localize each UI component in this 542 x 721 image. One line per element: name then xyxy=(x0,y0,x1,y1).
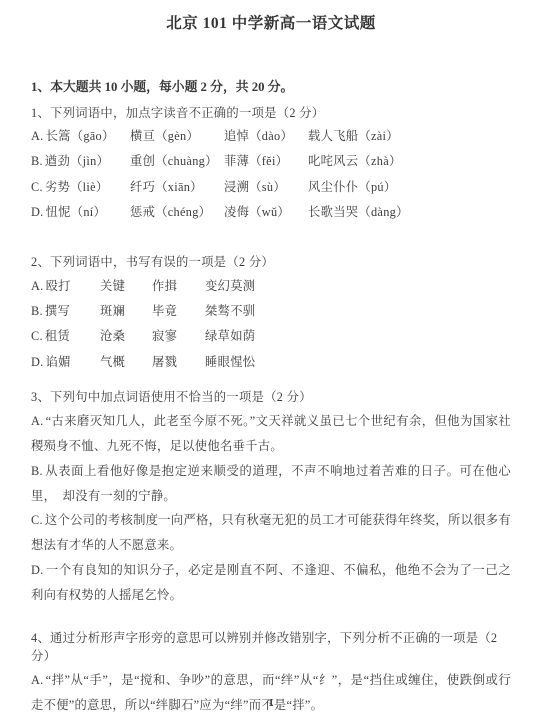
option-word: 沧桑 xyxy=(100,324,152,349)
exam-page: 北京 101 中学新高一语文试题 1、本大题共 10 小题，每小题 2 分，共 … xyxy=(0,0,542,721)
option-label: A. xyxy=(31,673,44,687)
option-cell: C.劣势（liè） xyxy=(31,175,130,200)
option-row-2b: B.撰写 斑斓 毕竟 桀骜不驯 xyxy=(31,299,511,324)
option-cell: D.忸怩（ní） xyxy=(31,200,130,225)
option-label: B. xyxy=(31,154,43,168)
option-paragraph-3c: C.这个公司的考核制度一向严格，只有秋毫无犯的员工才可能获得年终奖，所以很多有想… xyxy=(31,508,511,558)
option-label: B. xyxy=(31,464,43,478)
option-word: 忸怩（ní） xyxy=(46,205,107,219)
option-row-1b: B.遒劲（jìn） 重创（chuàng） 菲薄（fěi） 叱咤风云（zhà） xyxy=(31,149,511,174)
option-word: 劣势（liè） xyxy=(45,180,109,194)
option-row-1c: C.劣势（liè） 纤巧（xiān） 浸溯（sù） 风尘仆仆（pú） xyxy=(31,175,511,200)
option-word: 作揖 xyxy=(152,274,205,299)
option-label: D. xyxy=(31,355,44,369)
option-label: C. xyxy=(31,329,43,343)
option-word: 浸溯（sù） xyxy=(224,175,308,200)
option-word: 菲薄（fěi） xyxy=(224,149,308,174)
option-word: 长篙（gāo） xyxy=(46,129,115,143)
page-number: 1 xyxy=(0,697,542,709)
option-word: 谄媚 xyxy=(46,355,71,369)
option-cell: D.谄媚 xyxy=(31,350,100,375)
option-word: 绿草如荫 xyxy=(205,324,511,349)
section-header: 1、本大题共 10 小题，每小题 2 分，共 20 分。 xyxy=(31,78,511,96)
option-cell: A.长篙（gāo） xyxy=(31,124,130,149)
option-word: 变幻莫测 xyxy=(205,274,511,299)
option-text: 一个有良知的知识分子，必定是刚直不阿、不逢迎、不偏私，他绝不会为了一己之利向有权… xyxy=(31,563,511,602)
option-text: 这个公司的考核制度一向严格，只有秋毫无犯的员工才可能获得年终奖，所以很多有想法有… xyxy=(31,513,511,552)
option-row-1a: A.长篙（gāo） 横亘（gèn） 追悼（dào） 载人飞船（zài） xyxy=(31,124,511,149)
option-cell: B.撰写 xyxy=(31,299,100,324)
option-label: D. xyxy=(31,205,44,219)
option-word: 撰写 xyxy=(45,304,70,318)
option-paragraph-3d: D.一个有良知的知识分子，必定是刚直不阿、不逢迎、不偏私，他绝不会为了一己之利向… xyxy=(31,558,511,608)
option-word: 斑斓 xyxy=(100,299,152,324)
question-4-options: A.“拌”从“手”，是“搅和、争吵”的意思，而“绊”从“纟”，是“挡住或缠住，使… xyxy=(31,668,511,718)
option-word: 寂寥 xyxy=(152,324,205,349)
page-content: 1、本大题共 10 小题，每小题 2 分，共 20 分。 1、下列词语中，加点字… xyxy=(0,78,542,718)
option-word: 风尘仆仆（pú） xyxy=(308,175,511,200)
option-word: 长歌当哭（dàng） xyxy=(308,200,511,225)
option-word: 追悼（dào） xyxy=(224,124,308,149)
option-word: 凌侮（wǔ） xyxy=(224,200,308,225)
question-4-stem: 4、通过分析形声字形旁的意思可以辨别并修改错别字，下列分析不正确的一项是（2 分… xyxy=(31,629,511,665)
question-1-options: A.长篙（gāo） 横亘（gèn） 追悼（dào） 载人飞船（zài） B.遒劲… xyxy=(31,124,511,226)
option-paragraph-4a: A.“拌”从“手”，是“搅和、争吵”的意思，而“绊”从“纟”，是“挡住或缠住，使… xyxy=(31,668,511,718)
option-word: 载人飞船（zài） xyxy=(308,124,511,149)
option-label: C. xyxy=(31,180,43,194)
option-row-1d: D.忸怩（ní） 惩戒（chéng） 凌侮（wǔ） 长歌当哭（dàng） xyxy=(31,200,511,225)
option-word: 睡眼惺忪 xyxy=(205,350,511,375)
option-word: 租赁 xyxy=(45,329,70,343)
option-row-2a: A.殴打 关键 作揖 变幻莫测 xyxy=(31,274,511,299)
option-word: 关键 xyxy=(100,274,152,299)
option-word: 叱咤风云（zhà） xyxy=(308,149,511,174)
option-cell: C.租赁 xyxy=(31,324,100,349)
option-cell: B.遒劲（jìn） xyxy=(31,149,130,174)
option-word: 殴打 xyxy=(46,279,71,293)
option-row-2c: C.租赁 沧桑 寂寥 绿草如荫 xyxy=(31,324,511,349)
option-word: 横亘（gèn） xyxy=(130,124,224,149)
option-label: A. xyxy=(31,129,44,143)
option-word: 纤巧（xiān） xyxy=(130,175,224,200)
option-text: 从表面上看他好像是抱定逆来顺受的道理，不声不响地过着苦难的日子。可在他心里， 却… xyxy=(31,464,511,503)
option-text: “古来磨灭知几人，此老至今原不死。”文天祥就义虽已七个世纪有余，但他为国家社稷殒… xyxy=(31,414,511,453)
option-word: 气概 xyxy=(100,350,152,375)
option-paragraph-3a: A.“古来磨灭知几人，此老至今原不死。”文天祥就义虽已七个世纪有余，但他为国家社… xyxy=(31,409,511,459)
question-3-options: A.“古来磨灭知几人，此老至今原不死。”文天祥就义虽已七个世纪有余，但他为国家社… xyxy=(31,409,511,607)
option-word: 重创（chuàng） xyxy=(130,149,224,174)
question-2-options: A.殴打 关键 作揖 变幻莫测 B.撰写 斑斓 毕竟 桀骜不驯 C.租赁 沧桑 … xyxy=(31,274,511,376)
question-1-stem: 1、下列词语中，加点字读音不正确的一项是（2 分） xyxy=(31,104,511,122)
question-2-stem: 2、下列词语中，书写有误的一项是（2 分） xyxy=(31,253,511,271)
option-row-2d: D.谄媚 气概 屠戮 睡眼惺忪 xyxy=(31,350,511,375)
option-paragraph-3b: B.从表面上看他好像是抱定逆来顺受的道理，不声不响地过着苦难的日子。可在他心里，… xyxy=(31,459,511,509)
page-title: 北京 101 中学新高一语文试题 xyxy=(0,0,542,35)
option-word: 桀骜不驯 xyxy=(205,299,511,324)
option-word: 惩戒（chéng） xyxy=(130,200,224,225)
option-word: 遒劲（jìn） xyxy=(45,154,109,168)
option-label: C. xyxy=(31,513,43,527)
option-label: B. xyxy=(31,304,43,318)
option-cell: A.殴打 xyxy=(31,274,100,299)
option-word: 毕竟 xyxy=(152,299,205,324)
question-3-stem: 3、下列句中加点词语使用不恰当的一项是（2 分） xyxy=(31,388,511,406)
option-label: D. xyxy=(31,563,44,577)
option-label: A. xyxy=(31,414,44,428)
option-label: A. xyxy=(31,279,44,293)
option-word: 屠戮 xyxy=(152,350,205,375)
